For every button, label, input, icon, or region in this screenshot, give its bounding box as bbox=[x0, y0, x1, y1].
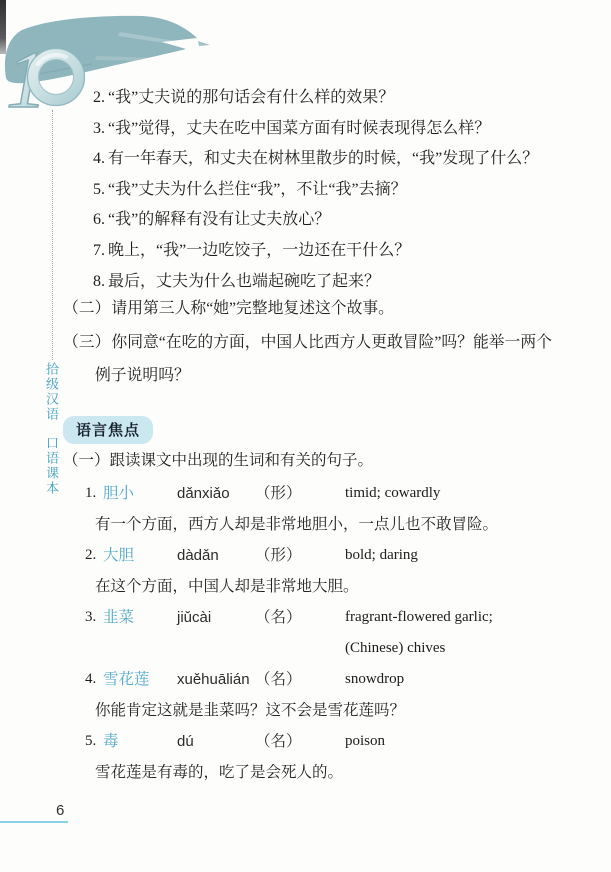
task-item-3-continued: 例子说明吗？ bbox=[95, 365, 611, 387]
vocab-row: 5. 毒 dú （名） poison bbox=[85, 726, 590, 757]
question-text: 晚上，“我”一边吃饺子，一边还在干什么？ bbox=[108, 242, 410, 259]
task-item-2: （二）请用第三人称“她”完整地复述这个故事。 bbox=[63, 298, 583, 320]
question-item: 2.“我”丈夫说的那句话会有什么样的效果？ bbox=[93, 83, 588, 114]
vocab-row: 4. 雪花莲 xuěhuālián （名） snowdrop bbox=[85, 664, 590, 695]
question-number: 3. bbox=[93, 120, 105, 137]
question-number: 8. bbox=[93, 273, 105, 290]
vocab-pos: （形） bbox=[255, 540, 302, 571]
vocab-pos: （形） bbox=[255, 478, 302, 509]
vocab-pinyin: dú bbox=[177, 726, 194, 757]
question-item: 4.有一年春天，和丈夫在树林里散步的时候，“我”发现了什么？ bbox=[93, 144, 588, 175]
vocab-number: 1. bbox=[85, 478, 96, 509]
vocab-example: 雪花莲是有毒的，吃了是会死人的。 bbox=[95, 757, 590, 788]
vocab-row-continued: (Chinese) chives bbox=[85, 633, 590, 664]
vocab-example: 有一个方面，西方人却是非常地胆小，一点儿也不敢冒险。 bbox=[95, 509, 590, 540]
question-number: 4. bbox=[93, 150, 105, 167]
vocab-english-line2: (Chinese) chives bbox=[345, 633, 445, 664]
vocab-number: 2. bbox=[85, 540, 96, 571]
page-number: 6 bbox=[56, 802, 64, 819]
question-list: 2.“我”丈夫说的那句话会有什么样的效果？ 3.“我”觉得，丈夫在吃中国菜方面有… bbox=[93, 83, 588, 297]
margin-dotted-line bbox=[52, 110, 53, 360]
vocab-english: fragrant-flowered garlic; bbox=[345, 602, 493, 633]
numeral-one: 1 bbox=[6, 34, 47, 125]
vocab-number: 4. bbox=[85, 664, 96, 695]
question-item: 7.晚上，“我”一边吃饺子，一边还在干什么？ bbox=[93, 236, 588, 267]
vocab-word: 大胆 bbox=[103, 540, 134, 571]
footer-accent-line bbox=[0, 821, 68, 823]
vocab-pos: （名） bbox=[255, 726, 302, 757]
question-item: 8.最后，丈夫为什么也端起碗吃了起来？ bbox=[93, 267, 588, 298]
question-text: 有一年春天，和丈夫在树林里散步的时候，“我”发现了什么？ bbox=[108, 150, 538, 167]
vocab-pos: （名） bbox=[255, 602, 302, 633]
vocab-pinyin: xuěhuālián bbox=[177, 664, 250, 695]
vocab-example: 你能肯定这就是韭菜吗？这不会是雪花莲吗？ bbox=[95, 695, 590, 726]
question-number: 6. bbox=[93, 211, 105, 228]
question-number: 2. bbox=[93, 89, 105, 106]
task-text: 你同意“在吃的方面，中国人比西方人更敢冒险”吗？能举一两个 bbox=[111, 334, 552, 351]
vocab-word: 韭菜 bbox=[103, 602, 134, 633]
question-item: 6.“我”的解释有没有让丈夫放心？ bbox=[93, 205, 588, 236]
textbook-page: 1 拾级汉语 口语课本 2.“我”丈夫说的那句话会有什么样的效果？ 3.“我”觉… bbox=[0, 0, 611, 872]
vocab-word: 毒 bbox=[103, 726, 119, 757]
question-number: 7. bbox=[93, 242, 105, 259]
question-text: 最后，丈夫为什么也端起碗吃了起来？ bbox=[108, 273, 380, 290]
vocab-english: timid; cowardly bbox=[345, 478, 440, 509]
question-number: 5. bbox=[93, 181, 105, 198]
vocab-word: 雪花莲 bbox=[103, 664, 150, 695]
vocab-example: 在这个方面，中国人却是非常地大胆。 bbox=[95, 571, 590, 602]
vocab-number: 5. bbox=[85, 726, 96, 757]
question-text: “我”丈夫为什么拦住“我”，不让“我”去摘？ bbox=[108, 181, 407, 198]
task-item-3: （三）你同意“在吃的方面，中国人比西方人更敢冒险”吗？能举一两个 bbox=[63, 332, 583, 354]
sidebar-series-title: 拾级汉语 bbox=[45, 362, 61, 422]
task-label: （三） bbox=[63, 334, 110, 351]
vocab-word: 胆小 bbox=[103, 478, 134, 509]
vocab-row: 3. 韭菜 jiǔcài （名） fragrant-flowered garli… bbox=[85, 602, 590, 633]
language-focus-intro: （一）跟读课文中出现的生词和有关的句子。 bbox=[63, 450, 373, 472]
question-text: “我”的解释有没有让丈夫放心？ bbox=[108, 211, 330, 228]
vocab-pos: （名） bbox=[255, 664, 302, 695]
vocab-english: snowdrop bbox=[345, 664, 404, 695]
question-text: “我”觉得，丈夫在吃中国菜方面有时候表现得怎么样？ bbox=[108, 120, 490, 137]
vocab-pinyin: dàdǎn bbox=[177, 540, 219, 571]
question-text: “我”丈夫说的那句话会有什么样的效果？ bbox=[108, 89, 394, 106]
vocab-pinyin: jiǔcài bbox=[177, 602, 211, 633]
task-label: （二） bbox=[63, 300, 110, 317]
task-text: 请用第三人称“她”完整地复述这个故事。 bbox=[111, 300, 394, 317]
vocab-english: bold; daring bbox=[345, 540, 418, 571]
vocab-row: 1. 胆小 dǎnxiǎo （形） timid; cowardly bbox=[85, 478, 590, 509]
vocab-english: poison bbox=[345, 726, 385, 757]
question-item: 5.“我”丈夫为什么拦住“我”，不让“我”去摘？ bbox=[93, 175, 588, 206]
vocab-number: 3. bbox=[85, 602, 96, 633]
vocab-pinyin: dǎnxiǎo bbox=[177, 478, 230, 509]
vocab-list: 1. 胆小 dǎnxiǎo （形） timid; cowardly 有一个方面，… bbox=[85, 478, 590, 788]
question-item: 3.“我”觉得，丈夫在吃中国菜方面有时候表现得怎么样？ bbox=[93, 114, 588, 145]
vocab-row: 2. 大胆 dàdǎn （形） bold; daring bbox=[85, 540, 590, 571]
sidebar-book-title: 口语课本 bbox=[45, 436, 61, 496]
language-focus-header: 语言焦点 bbox=[63, 416, 153, 444]
